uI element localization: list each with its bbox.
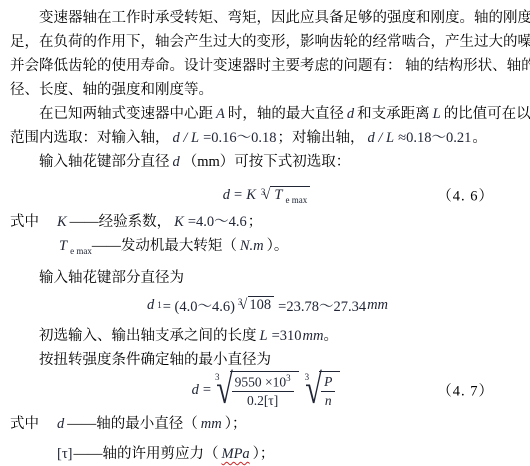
- equation-4-6: d = K 3√Te max （4. 6）: [10, 180, 522, 210]
- radicand: 108: [248, 296, 274, 314]
- text-run: 足，在负荷的作用下，轴会产生过大的变形，影响齿轮的经常啮合，产生过大的噪声，: [10, 34, 530, 50]
- math-ratio-dL: d / L: [368, 130, 395, 146]
- text-run: 。: [323, 328, 338, 344]
- math-variable-K: K: [174, 214, 184, 230]
- math-variable-K: K: [57, 214, 67, 230]
- root-index: 3: [238, 297, 243, 307]
- math-unit-Nm: N.m: [240, 238, 264, 254]
- paragraph1-line1: 变速器轴在工作时承受转矩、弯矩，因此应具备足够的强度和刚度。轴的刚度不: [10, 6, 522, 30]
- equation-d1: d1 = (4.0～4.6) 3√108 =23.78～27.34mm: [10, 290, 522, 320]
- text-run: 输入轴花键部分直径: [39, 154, 170, 170]
- math-value-range: ≈0.18～0.21: [398, 130, 471, 146]
- radicand: 9550 ×1030.2[τ]: [230, 371, 299, 410]
- text-run: 按扭转强度条件确定轴的最小直径为: [39, 352, 271, 368]
- text-run: 和支承距离: [357, 106, 430, 122]
- paragraph3-line1: 输入轴花键部分直径d（mm）可按下式初选取：: [10, 150, 522, 174]
- math-unit-mm: mm: [303, 328, 324, 344]
- math-variable-L: L: [260, 328, 268, 344]
- equation-number: （4. 6）: [437, 185, 494, 206]
- denominator-n: n: [322, 392, 335, 410]
- text-run: ；: [248, 214, 263, 230]
- math-variable-d: d: [173, 154, 180, 170]
- text-run: ）；: [225, 416, 247, 432]
- paragraph1-line2: 足，在负荷的作用下，轴会产生过大的变形，影响齿轮的经常啮合，产生过大的噪声，: [10, 30, 522, 54]
- text-run: 式中: [10, 214, 39, 230]
- math-value-range: =0.16～0.18: [203, 130, 276, 146]
- root-index: 3: [215, 372, 220, 382]
- cube-root-big: 3√9550 ×1030.2[τ]: [215, 369, 299, 411]
- cube-root: 3√Te max: [261, 186, 310, 205]
- subscript-emax: e max: [70, 246, 92, 256]
- paragraph5-line1: 初选输入、输出轴支承之间的长度L=310mm。: [10, 324, 522, 348]
- text-run: ——经验系数，: [70, 214, 172, 230]
- math-variable-T: T: [59, 238, 67, 254]
- numerator-text: 9550 ×10: [235, 374, 287, 389]
- math-variable-d: d: [57, 416, 64, 432]
- where-clause-K: 式中K——经验系数，K=4.0～4.6；: [10, 210, 522, 234]
- paragraph1-line3: 并会降低齿轮的使用寿命。设计变速器时主要考虑的问题有： 轴的结构形状、轴的直: [10, 54, 522, 78]
- text-run: ——轴的最小直径（: [67, 416, 198, 432]
- text-run: ）。: [267, 238, 289, 254]
- numerator-P: P: [321, 373, 335, 392]
- cube-root-big: 3√Pn: [305, 369, 341, 411]
- math-variable-L: L: [433, 106, 441, 122]
- text-run: 的比值可在以下: [444, 106, 530, 122]
- math-unit-mm: mm: [367, 297, 388, 314]
- equation-4-7: d = 3√9550 ×1030.2[τ] 3√Pn （4. 7）: [10, 368, 522, 412]
- fraction: Pn: [321, 373, 335, 409]
- math-value-range: =4.0～4.6: [188, 214, 247, 230]
- text-run: ——轴的许用剪应力（: [73, 446, 218, 462]
- equals-sign: =: [234, 187, 242, 204]
- root-index: 3: [261, 187, 266, 197]
- text-run: 范围内选取：对输入轴，: [10, 130, 170, 146]
- text-run: 时，轴的最大直径: [228, 106, 344, 122]
- text-run: 初选输入、输出轴支承之间的长度: [39, 328, 257, 344]
- math-value: =310: [272, 328, 302, 344]
- math-expression: = (4.0～4.6): [163, 295, 235, 316]
- text-run: ；对输出轴，: [278, 130, 365, 146]
- where-clause-Temax: Te max——发动机最大转矩（N.m）。: [10, 234, 522, 258]
- subscript-1: 1: [157, 300, 162, 310]
- cube-root: 3√108: [238, 296, 275, 314]
- math-variable-d: d: [347, 106, 354, 122]
- text-run: 在已知两轴式变速器中心距: [39, 106, 213, 122]
- root-index: 3: [305, 372, 310, 382]
- equals-sign: =: [203, 382, 211, 399]
- text-run: 并会降低齿轮的使用寿命。设计变速器时主要考虑的问题有： 轴的结构形状、轴的直: [10, 58, 530, 74]
- document-page: 变速器轴在工作时承受转矩、弯矩，因此应具备足够的强度和刚度。轴的刚度不 足，在负…: [0, 0, 530, 466]
- math-unit-mm: mm: [201, 416, 222, 432]
- equation-number: （4. 7）: [437, 380, 494, 401]
- where-clause-tau: [τ]——轴的许用剪应力（MPa）；: [10, 442, 522, 466]
- where-clause-d: 式中d——轴的最小直径（mm）；: [10, 412, 522, 436]
- paragraph1-line4: 径、长度、轴的强度和刚度等。: [10, 78, 522, 102]
- text-run: ）；: [253, 446, 275, 462]
- paragraph2-line1: 在已知两轴式变速器中心距A时，轴的最大直径d和支承距离L的比值可在以下: [10, 102, 522, 126]
- text-run: 变速器轴在工作时承受转矩、弯矩，因此应具备足够的强度和刚度。轴的刚度不: [39, 10, 530, 26]
- math-variable-d: d: [192, 382, 199, 399]
- math-tau-bracket: [τ]: [57, 446, 72, 462]
- math-ratio-dL: d / L: [173, 130, 200, 146]
- radicand: Te max: [270, 186, 310, 205]
- subscript-emax: e max: [285, 194, 307, 204]
- exponent-3: 3: [286, 373, 291, 383]
- denominator: 0.2[τ]: [244, 392, 281, 410]
- math-variable-T: T: [274, 187, 282, 203]
- paragraph2-line2: 范围内选取：对输入轴，d / L=0.16～0.18；对输出轴，d / L≈0.…: [10, 126, 522, 150]
- text-run: 径、长度、轴的强度和刚度等。: [10, 82, 213, 98]
- fraction: 9550 ×1030.2[τ]: [232, 373, 294, 410]
- text-run: ——发动机最大转矩（: [92, 238, 237, 254]
- paragraph4-line1: 输入轴花键部分直径为: [10, 266, 522, 290]
- math-variable-d1: d: [147, 297, 154, 314]
- radicand: Pn: [319, 371, 340, 409]
- numerator: 9550 ×103: [232, 373, 294, 392]
- math-result-range: =23.78～27.34: [278, 295, 366, 316]
- math-variable-d: d: [223, 187, 230, 204]
- text-run: 输入轴花键部分直径为: [39, 270, 184, 286]
- math-variable-K: K: [246, 187, 256, 204]
- math-unit-MPa-spellcheck: MPa: [221, 446, 249, 462]
- text-run: 式中: [10, 416, 39, 432]
- math-variable-A: A: [216, 106, 225, 122]
- text-run: 。: [472, 130, 487, 146]
- text-run: （mm）可按下式初选取：: [183, 154, 351, 170]
